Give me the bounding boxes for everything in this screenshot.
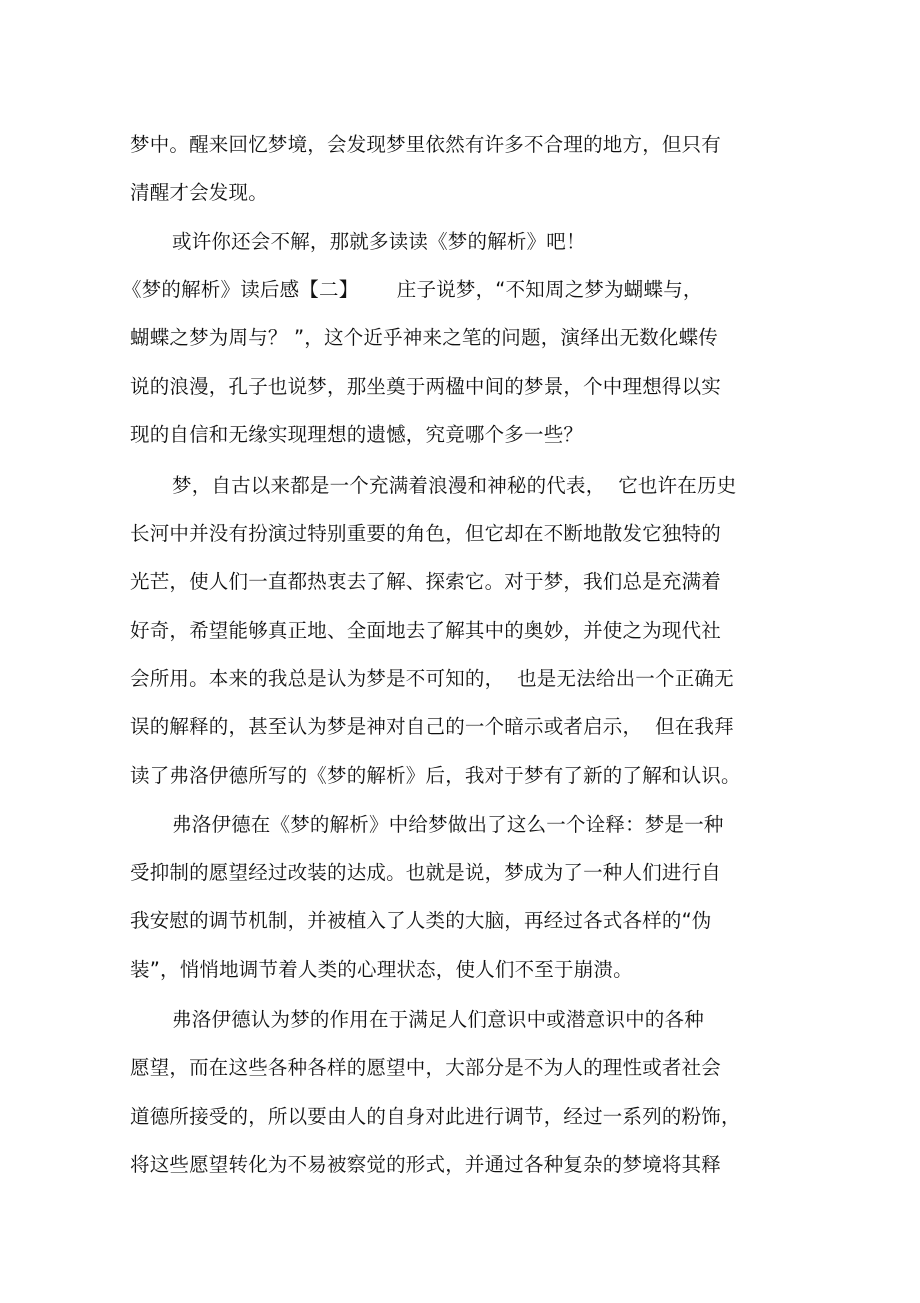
- document-page: 梦中。醒来回忆梦境，会发现梦里依然有许多不合理的地方，但只有 清醒才会发现。 或…: [0, 0, 920, 1303]
- text-line: 说的浪漫，孔子也说梦，那坐奠于两楹中间的梦景，个中理想得以实: [130, 375, 721, 399]
- text-line: 愿望，而在这些各种各样的愿望中，大部分是不为人的理性或者社会: [130, 1056, 721, 1080]
- text-line: 道德所接受的，所以要由人的自身对此进行调节，经过一系列的粉饰，: [130, 1105, 741, 1129]
- text-line: 弗洛伊德认为梦的作用在于满足人们意识中或潜意识中的各种: [172, 1008, 704, 1032]
- text-line: 梦中。醒来回忆梦境，会发现梦里依然有许多不合理的地方，但只有: [130, 133, 721, 157]
- text-line: 我安慰的调节机制，并被植入了人类的大脑，再经过各式各样的“伪: [130, 909, 712, 933]
- section-heading-line: 《梦的解析》读后感【二】 庄子说梦，“不知周之梦为蝴蝶与，: [122, 278, 703, 302]
- text-line: 清醒才会发现。: [130, 181, 268, 205]
- text-line: 现的自信和无缘实现理想的遗憾，究竟哪个多一些？: [130, 423, 583, 447]
- text-line: 将这些愿望转化为不易被察觉的形式，并通过各种复杂的梦境将其释: [130, 1153, 721, 1177]
- text-line: 误的解释的，甚至认为梦是神对自己的一个暗示或者启示， 但在我拜: [130, 715, 734, 739]
- text-line: 长河中并没有扮演过特别重要的角色，但它却在不断地散发它独特的: [130, 522, 721, 546]
- text-line: 受抑制的愿望经过改装的达成。也就是说，梦成为了一种人们进行自: [130, 861, 721, 885]
- text-line: 蝴蝶之梦为周与？ ”，这个近乎神来之笔的问题，演绎出无数化蝶传: [130, 326, 718, 350]
- text-line: 装”，悄悄地调节着人类的心理状态，使人们不至于崩溃。: [130, 958, 633, 982]
- text-line: 读了弗洛伊德所写的《梦的解析》后，我对于梦有了新的了解和认识。: [130, 764, 741, 788]
- text-line: 好奇，希望能够真正地、全面地去了解其中的奥妙，并使之为现代社: [130, 619, 721, 643]
- text-line: 光芒，使人们一直都热衷去了解、探索它。对于梦，我们总是充满着: [130, 570, 721, 594]
- text-line: 弗洛伊德在《梦的解析》中给梦做出了这么一个诠释：梦是一种: [172, 813, 724, 837]
- text-line: 或许你还会不解，那就多读读《梦的解析》吧！: [172, 230, 586, 254]
- text-line: 会所用。本来的我总是认为梦是不可知的， 也是无法给出一个正确无: [130, 667, 734, 691]
- text-line: 梦，自古以来都是一个充满着浪漫和神秘的代表， 它也许在历史: [172, 474, 736, 498]
